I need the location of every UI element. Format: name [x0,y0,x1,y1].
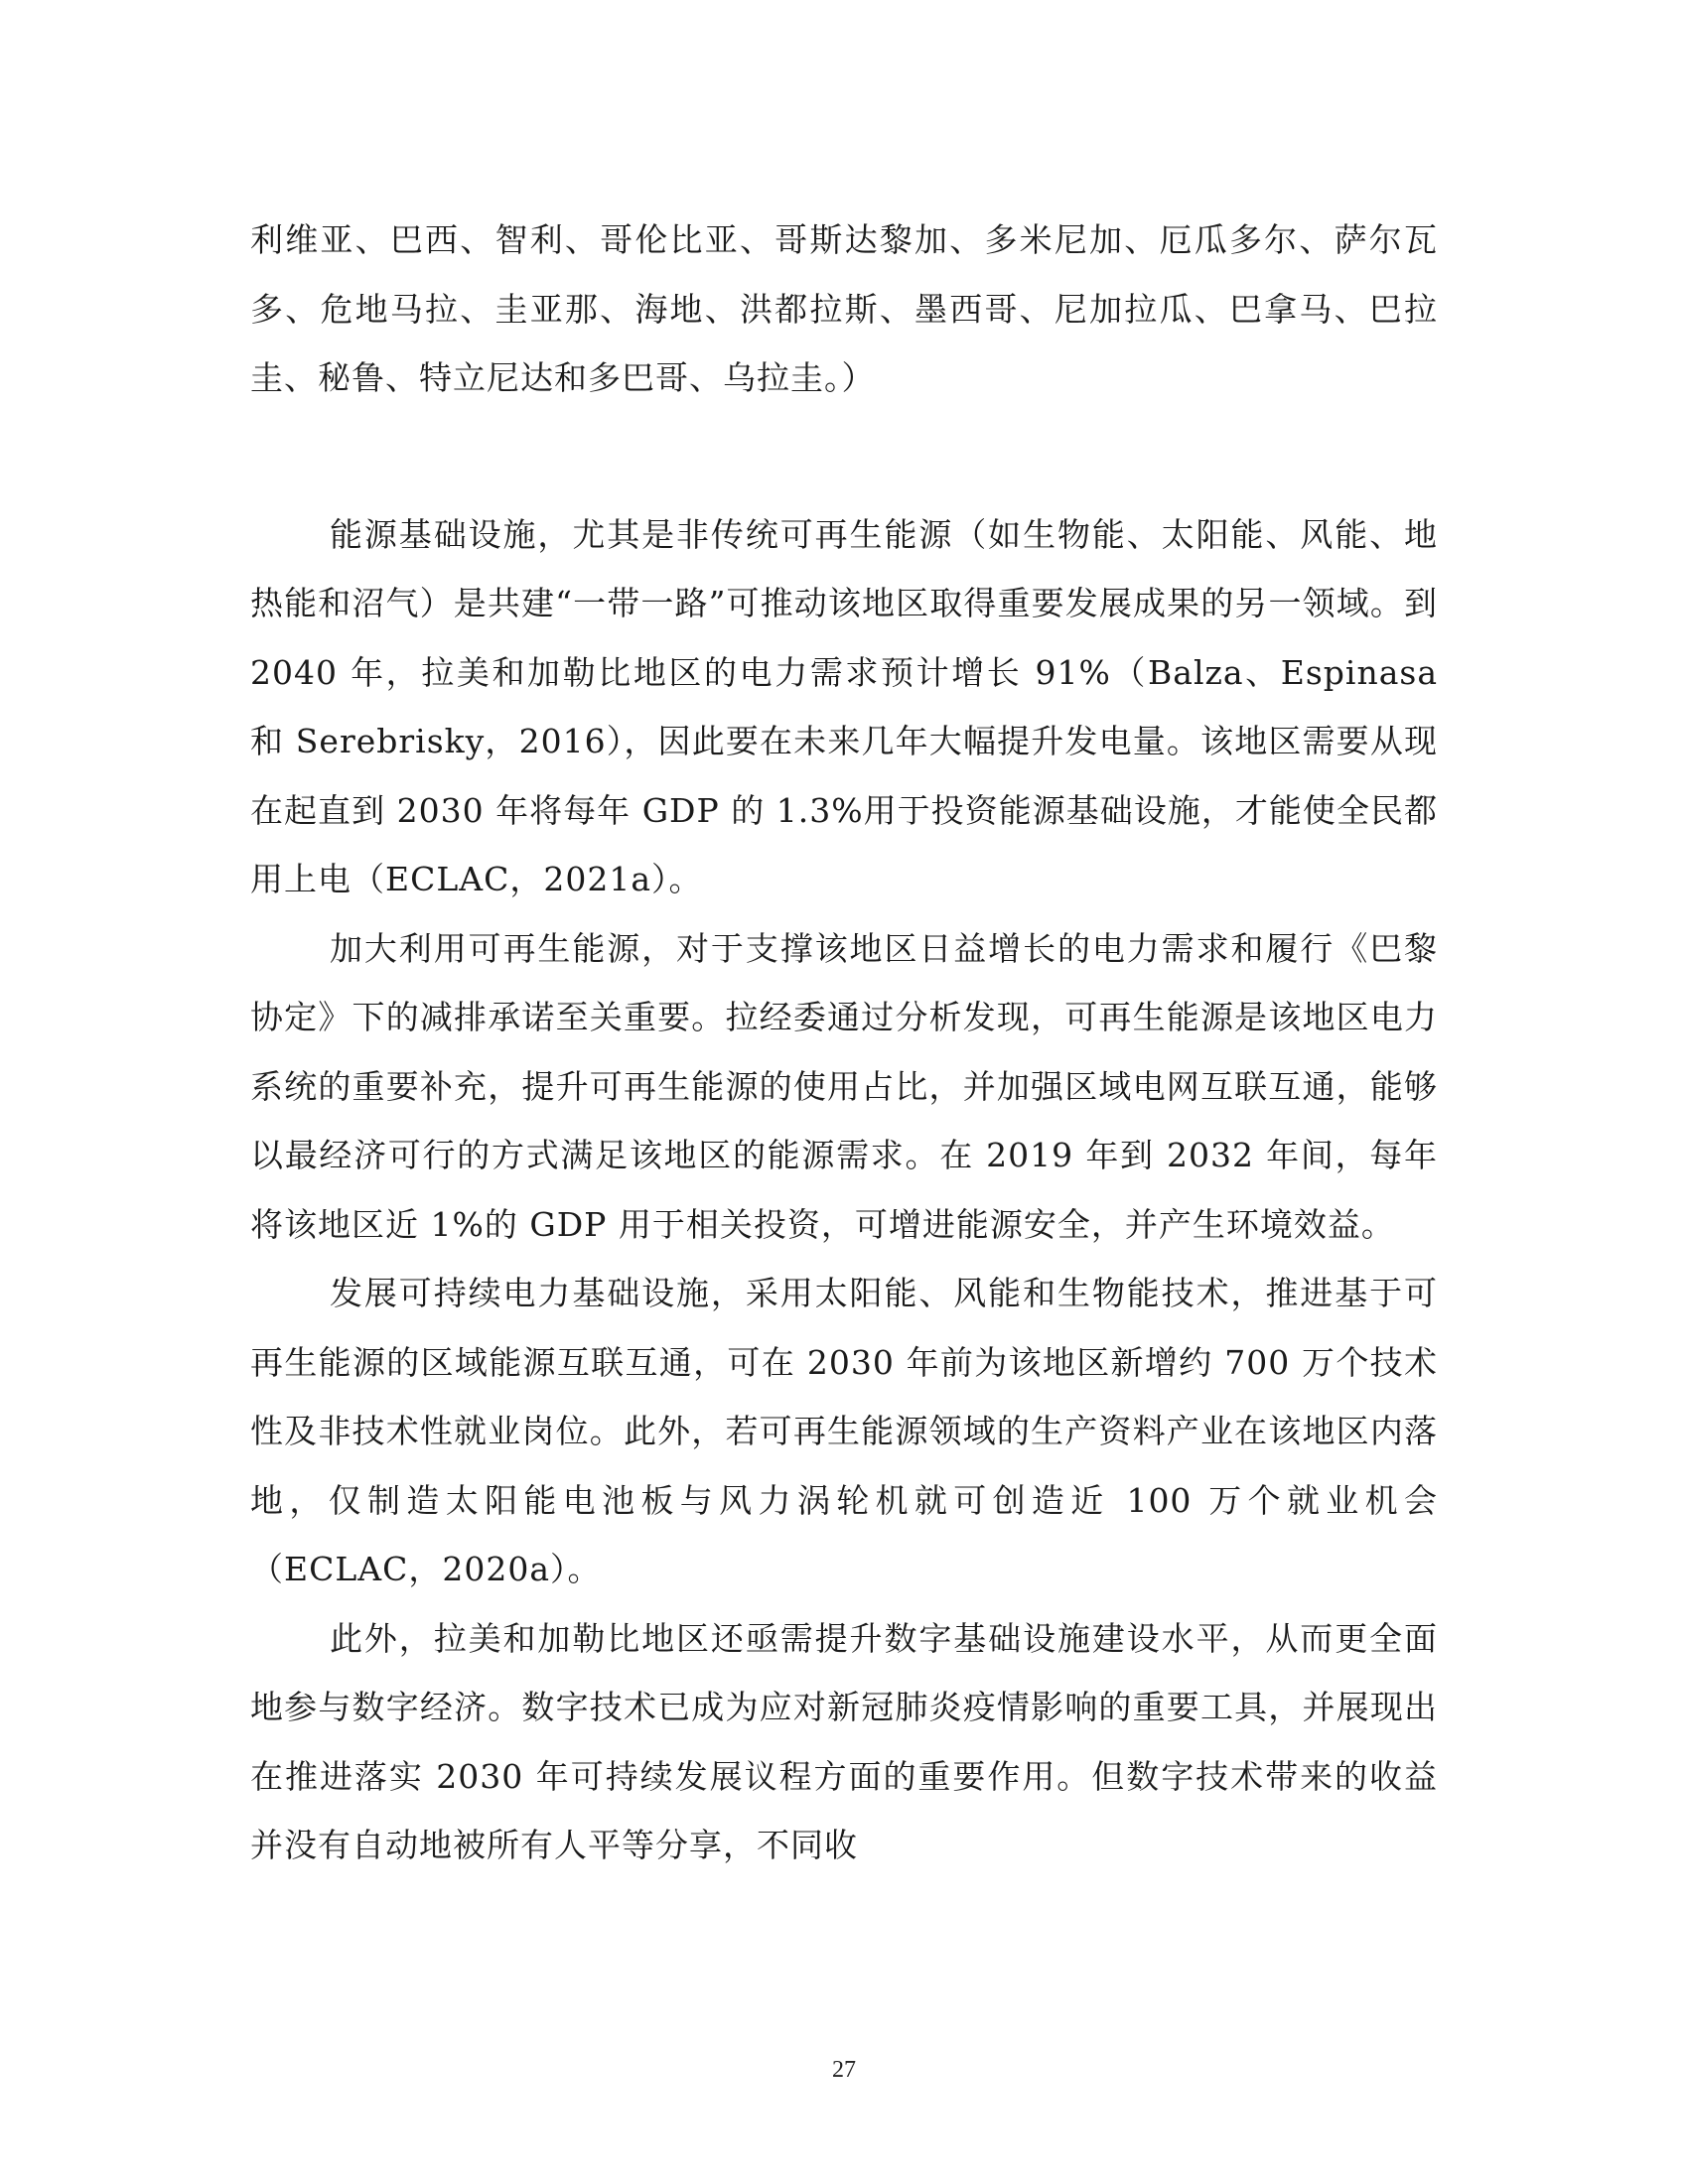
paragraph-digital-infrastructure: 此外，拉美和加勒比地区还亟需提升数字基础设施建设水平，从而更全面地参与数字经济。… [250,1604,1438,1880]
document-page-body: 利维亚、巴西、智利、哥伦比亚、哥斯达黎加、多米尼加、厄瓜多尔、萨尔瓦多、危地马拉… [250,205,1438,1880]
paragraph-energy-infrastructure: 能源基础设施，尤其是非传统可再生能源（如生物能、太阳能、风能、地热能和沼气）是共… [250,500,1438,914]
paragraph-sustainable-power-jobs: 发展可持续电力基础设施，采用太阳能、风能和生物能技术，推进基于可再生能源的区域能… [250,1259,1438,1604]
page-number: 27 [0,2057,1688,2084]
paragraph-renewable-energy: 加大利用可再生能源，对于支撑该地区日益增长的电力需求和履行《巴黎协定》下的减排承… [250,914,1438,1260]
paragraph-country-list-continuation: 利维亚、巴西、智利、哥伦比亚、哥斯达黎加、多米尼加、厄瓜多尔、萨尔瓦多、危地马拉… [250,205,1438,413]
